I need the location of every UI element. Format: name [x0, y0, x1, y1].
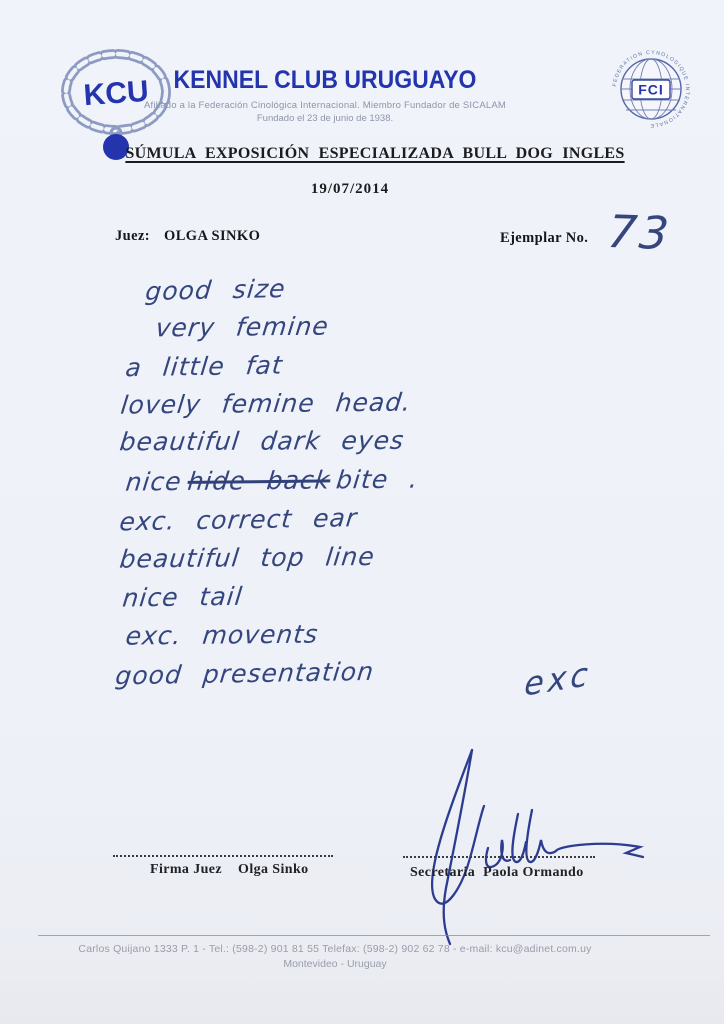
judge-sign-label: Firma Juez: [150, 862, 222, 877]
show-date: 19/07/2014: [30, 181, 670, 198]
note-line: very femine: [154, 304, 621, 347]
secretary-name: Paola Ormando: [483, 865, 583, 880]
note-line: exc. correct ear: [117, 495, 620, 542]
specimen-number-handwritten: 73: [605, 205, 674, 260]
club-title: KENNEL CLUB URUGUAYO: [155, 66, 495, 95]
note-line: good size: [143, 263, 620, 311]
fci-logo-text: FCI: [638, 82, 664, 98]
bite-post: bite .: [335, 464, 420, 494]
note-line: nice tail: [121, 573, 621, 618]
secretary-label: Secretaria: [410, 865, 475, 880]
specimen-number-label: Ejemplar No.: [500, 230, 588, 247]
bite-struck-words: hide back: [186, 465, 332, 495]
note-line: beautiful top line: [118, 535, 621, 579]
fci-logo: FEDERATION CYNOLOGIQUE INTERNATIONALE FC…: [610, 48, 692, 130]
footer-rule: [38, 935, 710, 936]
founded-line: Fundado el 23 de junio de 1938.: [120, 113, 530, 124]
secretary-signature-caption: SecretariaPaola Ormando: [410, 865, 584, 881]
affiliation-line: Afiliado a la Federación Cinológica Inte…: [120, 100, 530, 111]
secretary-signature: [400, 746, 660, 948]
judge-row: Juez:OLGA SINKO: [115, 228, 260, 245]
scanned-judging-form: KCU FEDERATION CYNOLOGIQUE INTERNATIONAL…: [0, 0, 724, 1024]
handwritten-notes: good size very femine a little fat lovel…: [118, 268, 618, 692]
secretary-signature-line: [403, 856, 595, 858]
form-title: SÚMULA EXPOSICIÓN ESPECIALIZADA BULL DOG…: [30, 145, 720, 163]
footer-address: Carlos Quijano 1333 P. 1 - Tel.: (598-2)…: [20, 943, 650, 955]
judge-signature-caption: Firma JuezOlga Sinko: [150, 862, 309, 878]
footer-city: Montevideo - Uruguay: [20, 958, 650, 970]
bite-pre: nice: [124, 466, 183, 496]
note-line: beautiful dark eyes: [118, 421, 621, 462]
note-line: a little fat: [123, 341, 620, 388]
judge-sign-name: Olga Sinko: [238, 862, 309, 877]
judge-signature-line: [113, 855, 333, 857]
judge-label: Juez:: [115, 228, 150, 244]
judge-name: OLGA SINKO: [164, 228, 260, 244]
note-line: lovely femine head.: [119, 381, 621, 425]
